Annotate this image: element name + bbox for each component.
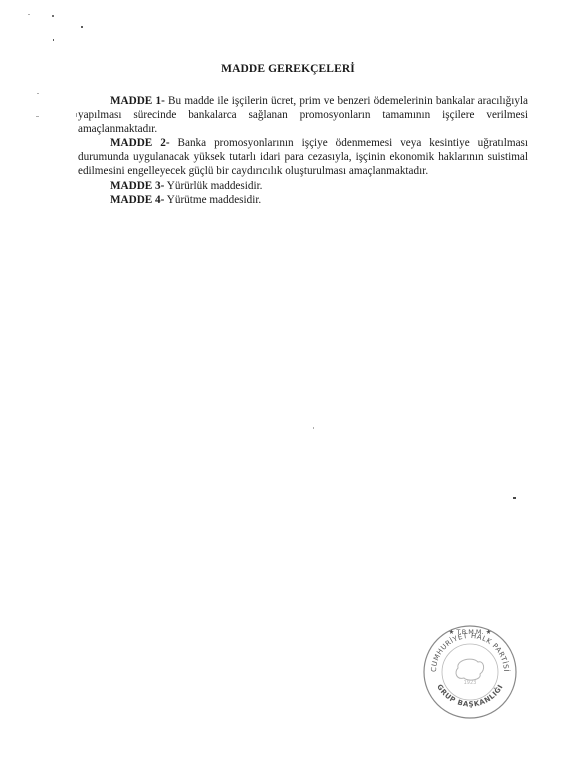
article-text: Yürütme maddesidir. <box>164 194 261 206</box>
official-stamp: CUMHURİYET HALK PARTİSİ ★ T.B.M.M. ★ GRU… <box>420 620 520 720</box>
stamp-bottom-text: GRUP BAŞKANLIĞI <box>435 683 505 708</box>
scan-speck <box>513 497 516 499</box>
scan-speck <box>37 93 39 94</box>
scan-speck <box>76 113 77 117</box>
svg-text:GRUP BAŞKANLIĞI: GRUP BAŞKANLIĞI <box>435 683 505 708</box>
scan-speck <box>313 427 314 429</box>
article-3: MADDE 3- Yürürlük maddesidir. <box>78 179 528 193</box>
stamp-top-text: ★ T.B.M.M. ★ <box>449 628 492 636</box>
stamp-ring-text: CUMHURİYET HALK PARTİSİ <box>430 632 511 672</box>
article-label: MADDE 4- <box>110 194 164 206</box>
article-text: Yürürlük maddesidir. <box>164 180 262 192</box>
article-label: MADDE 1- <box>110 95 165 107</box>
article-label: MADDE 2- <box>110 137 170 149</box>
scan-speck <box>53 39 54 41</box>
scan-speck <box>52 15 54 17</box>
article-4: MADDE 4- Yürütme maddesidir. <box>78 193 528 207</box>
document-title: MADDE GEREKÇELERİ <box>0 63 576 75</box>
document-body: MADDE 1- Bu madde ile işçilerin ücret, p… <box>78 94 528 207</box>
article-label: MADDE 3- <box>110 180 164 192</box>
scan-speck <box>36 116 39 117</box>
article-2: MADDE 2- Banka promosyonlarının işçiye ö… <box>78 136 528 178</box>
scan-speck <box>81 26 83 28</box>
stamp-seal-icon: CUMHURİYET HALK PARTİSİ ★ T.B.M.M. ★ GRU… <box>420 620 520 720</box>
document-page: MADDE GEREKÇELERİ MADDE 1- Bu madde ile … <box>0 0 576 768</box>
party-emblem-icon: 1923 <box>456 659 484 686</box>
article-1: MADDE 1- Bu madde ile işçilerin ücret, p… <box>78 94 528 136</box>
svg-text:1923: 1923 <box>464 680 477 686</box>
svg-text:CUMHURİYET HALK PARTİSİ: CUMHURİYET HALK PARTİSİ <box>430 632 511 672</box>
scan-speck <box>28 14 30 15</box>
